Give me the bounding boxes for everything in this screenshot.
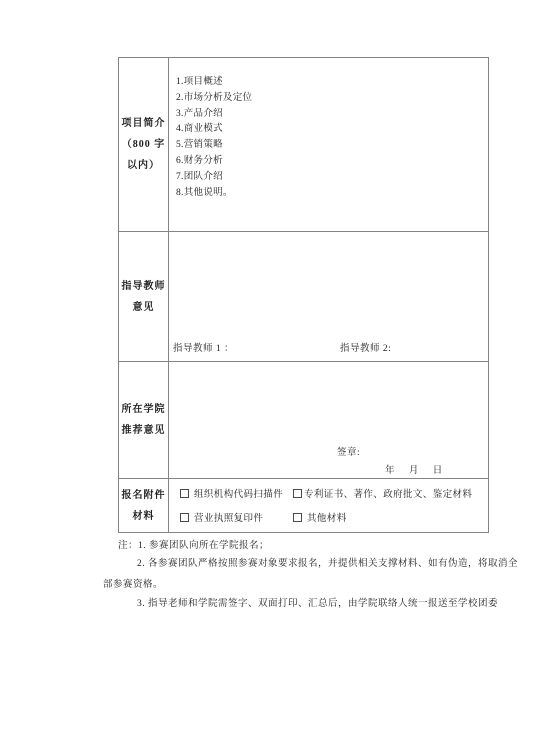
project-intro-content-cell: 1.项目概述 2.市场分析及定位 3.产品介绍 4.商业模式 5.营销策略 6.… — [169, 58, 488, 232]
attachment-materials-label-line: 报名附件 — [122, 485, 166, 506]
college-recommendation-label: 所在学院 推荐意见 — [119, 362, 169, 479]
project-intro-label-line: （800 字 — [122, 134, 166, 155]
footnote-3: 3. 指导老师和学院需签字、双面打印、汇总后，由学院联络人统一报送至学校团委 — [137, 595, 498, 609]
outline-item: 3.产品介绍 — [176, 107, 488, 123]
application-form-table: 项目简介 （800 字 以内） 1.项目概述 2.市场分析及定位 3.产品介绍 … — [118, 57, 489, 533]
college-recommendation-label-line: 所在学院 — [122, 399, 166, 420]
checkbox-item-org-code[interactable]: 组织机构代码扫描件 — [180, 486, 283, 500]
checkbox-icon[interactable] — [293, 489, 302, 498]
project-intro-label-line: 项目简介 — [122, 113, 166, 134]
checkbox-item-patent-docs[interactable]: 专利证书、著作、政府批文、鉴定材料 — [293, 486, 472, 500]
project-intro-label-line: 以内） — [127, 155, 160, 176]
checkbox-label: 专利证书、著作、政府批文、鉴定材料 — [304, 490, 472, 500]
outline-item: 8.其他说明。 — [176, 186, 488, 202]
attachment-materials-label-line: 材料 — [133, 506, 155, 527]
outline-item: 4.商业模式 — [176, 122, 488, 138]
checkbox-label: 营业执照复印件 — [194, 514, 263, 524]
checkbox-item-business-license[interactable]: 营业执照复印件 — [180, 510, 263, 524]
advisor2-signature-label: 指导教师 2: — [340, 340, 391, 354]
footnote-2: 2. 各参赛团队严格按照参赛对象要求报名，并提供相关支撑材料、如有伪造，将取消全 — [137, 555, 518, 569]
outline-item: 1.项目概述 — [176, 75, 488, 91]
outline-item: 5.营销策略 — [176, 138, 488, 154]
attachment-materials-content-cell: 组织机构代码扫描件 专利证书、著作、政府批文、鉴定材料 营业执照复印件 其他材料 — [169, 479, 488, 532]
footnote-2-continuation: 部参赛资格。 — [103, 576, 163, 590]
checkbox-label: 组织机构代码扫描件 — [194, 490, 283, 500]
checkbox-item-other-materials[interactable]: 其他材料 — [293, 510, 347, 524]
project-intro-label: 项目简介 （800 字 以内） — [119, 58, 169, 232]
checkbox-icon[interactable] — [180, 489, 189, 498]
advisor-opinion-label-line: 意见 — [133, 297, 155, 318]
footnote-1: 注：1. 参赛团队向所在学院报名； — [118, 537, 269, 551]
checkbox-icon[interactable] — [180, 513, 189, 522]
advisor-opinion-content-cell: 指导教师 1 ： 指导教师 2: — [169, 232, 488, 362]
outline-item: 2.市场分析及定位 — [176, 91, 488, 107]
outline-item: 7.团队介绍 — [176, 170, 488, 186]
advisor1-signature-label: 指导教师 1 ： — [173, 340, 234, 354]
college-recommendation-label-line: 推荐意见 — [122, 420, 166, 441]
advisor-opinion-label-line: 指导教师 — [122, 276, 166, 297]
college-recommendation-content-cell: 签章: 年 月 日 — [169, 362, 488, 479]
attachment-materials-label: 报名附件 材料 — [119, 479, 169, 532]
advisor-opinion-label: 指导教师 意见 — [119, 232, 169, 362]
date-label: 年 月 日 — [385, 462, 442, 476]
project-intro-outline-list: 1.项目概述 2.市场分析及定位 3.产品介绍 4.商业模式 5.营销策略 6.… — [169, 58, 488, 201]
outline-item: 6.财务分析 — [176, 154, 488, 170]
checkbox-label: 其他材料 — [307, 514, 347, 524]
checkbox-icon[interactable] — [293, 513, 302, 522]
form-page: { "table": { "rows": [ { "label_lines": … — [0, 0, 536, 746]
seal-label: 签章: — [337, 444, 360, 458]
